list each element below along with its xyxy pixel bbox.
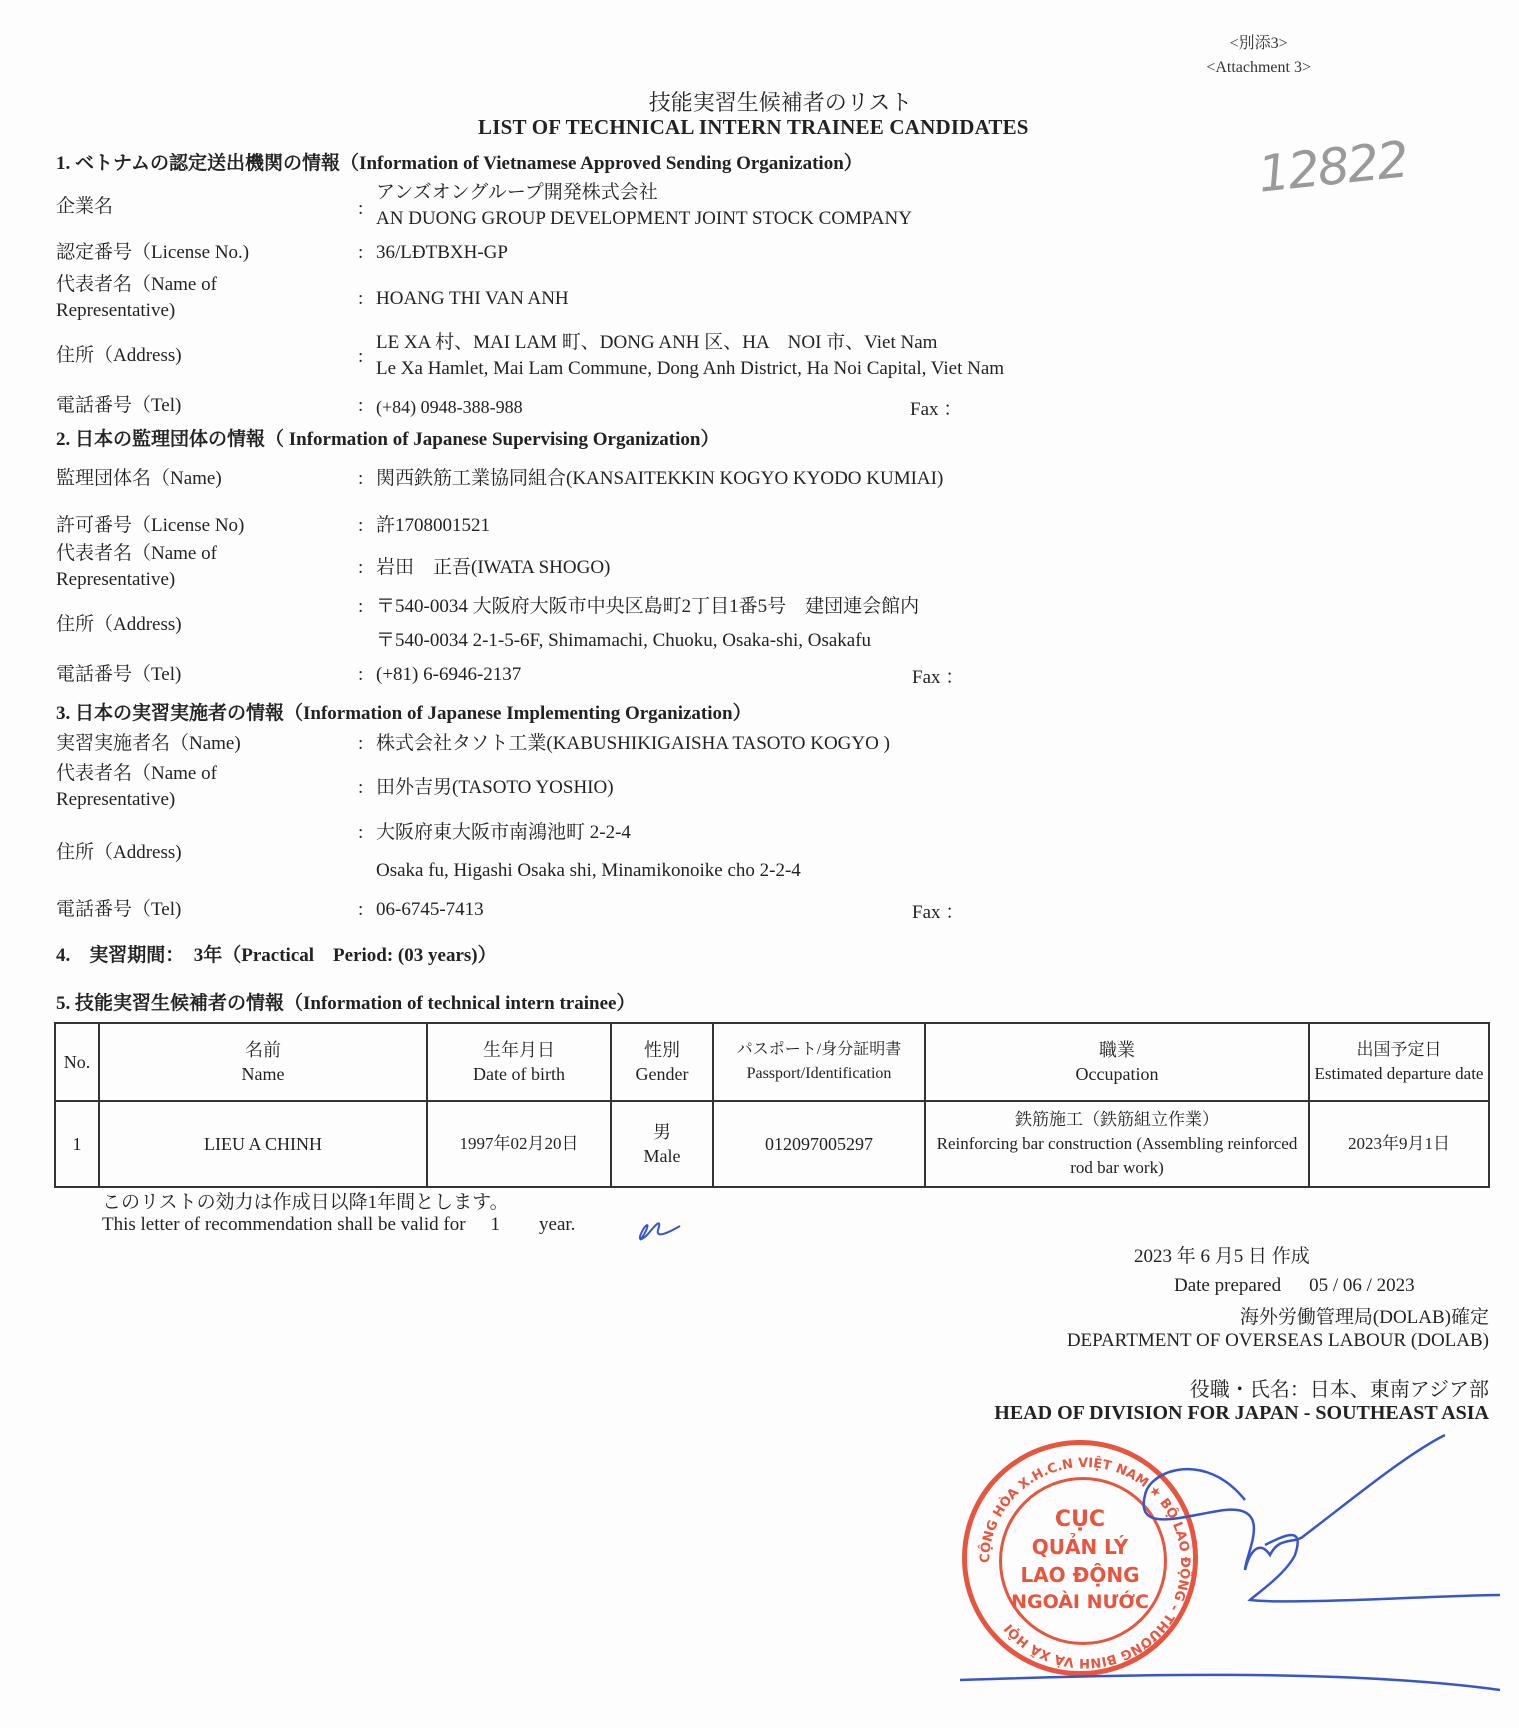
cell-departure: 2023年9月1日 <box>1309 1101 1489 1187</box>
date-prepared: Date prepared05 / 06 / 2023 <box>1174 1275 1415 1297</box>
colon: : <box>358 557 363 579</box>
s1-fax-label: Fax ： <box>910 394 962 421</box>
trainee-table: No. 名前Name 生年月日Date of birth 性別Gender パス… <box>54 1022 1490 1188</box>
s2-address-value: 〒540-0034 大阪府大阪市中央区島町2丁目1番5号 建団連会館内 〒540… <box>376 594 919 654</box>
s1-address-label: 住所（Address) <box>56 343 182 369</box>
colon: : <box>358 395 363 417</box>
s2-fax-label: Fax ： <box>912 662 964 689</box>
s2-rep-value: 岩田 正吾(IWATA SHOGO) <box>376 555 610 581</box>
s3-address-value: 大阪府東大阪市南鴻池町 2-2-4 Osaka fu, Higashi Osak… <box>376 820 801 884</box>
s2-rep-label: 代表者名（Name of Representative) <box>56 541 217 593</box>
s3-name-value: 株式会社タソト工業(KABUSHIKIGAISHA TASOTO KOGYO ) <box>376 731 890 757</box>
col-name: 名前Name <box>99 1023 427 1101</box>
date-prepared-jp: 2023 年 6 月5 日 作成 <box>1134 1241 1310 1268</box>
cell-occupation: 鉄筋施工（鉄筋組立作業）Reinforcing bar construction… <box>925 1101 1309 1187</box>
official-stamp: CỤC QUẢN LÝ LAO ĐỘNG NGOÀI NƯỚC CỘNG HÒA… <box>962 1440 1198 1676</box>
cell-passport: 012097005297 <box>713 1101 925 1187</box>
attachment-label-jp: <別添3> <box>1206 32 1311 56</box>
s1-tel-label: 電話番号（Tel) <box>56 393 181 419</box>
s3-rep-value: 田外吉男(TASOTO YOSHIO) <box>376 775 614 801</box>
s1-company-value: アンズオングループ開発株式会社 AN DUONG GROUP DEVELOPME… <box>376 180 912 232</box>
cell-no: 1 <box>55 1101 99 1187</box>
colon: : <box>358 515 363 537</box>
section2-heading: 2. 日本の監理団体の情報（ Information of Japanese S… <box>56 424 719 451</box>
col-occupation: 職業Occupation <box>925 1023 1309 1101</box>
colon: : <box>358 468 363 490</box>
colon: : <box>358 346 363 368</box>
section4-heading: 4. 実習期間： 3年（Practical Period: (03 years)… <box>56 940 497 967</box>
colon: : <box>358 198 363 220</box>
s1-address-value: LE XA 村、MAI LAM 町、DONG ANH 区、HA NOI 市、Vi… <box>376 330 1004 382</box>
s1-company-label: 企業名 <box>56 194 113 220</box>
s1-license-value: 36/LĐTBXH-GP <box>376 240 508 266</box>
section5-heading: 5. 技能実習生候補者の情報（Information of technical … <box>56 988 635 1015</box>
validity-note-jp: このリストの効力は作成日以降1年間とします。 <box>102 1187 509 1214</box>
section1-heading: 1. ベトナムの認定送出機関の情報（Information of Vietnam… <box>56 148 863 175</box>
col-no: No. <box>55 1023 99 1101</box>
colon: : <box>358 777 363 799</box>
stamp-outer-ring-text: CỘNG HÒA X.H.C.N VIỆT NAM ★ BỘ LAO ĐỘNG … <box>967 1445 1203 1681</box>
s1-license-label: 認定番号（License No.) <box>56 240 249 266</box>
validity-note-en: This letter of recommendation shall be v… <box>102 1214 575 1236</box>
s3-name-label: 実習実施者名（Name) <box>56 731 241 757</box>
department-en: DEPARTMENT OF OVERSEAS LABOUR (DOLAB) <box>1067 1330 1489 1352</box>
col-passport: パスポート/身分証明書Passport/Identification <box>713 1023 925 1101</box>
colon: : <box>358 899 363 921</box>
colon: : <box>358 733 363 755</box>
s3-rep-label: 代表者名（Name of Representative) <box>56 761 217 813</box>
table-header-row: No. 名前Name 生年月日Date of birth 性別Gender パス… <box>55 1023 1489 1101</box>
col-gender: 性別Gender <box>611 1023 713 1101</box>
signer-title-en: HEAD OF DIVISION FOR JAPAN - SOUTHEAST A… <box>994 1402 1489 1425</box>
colon: : <box>358 288 363 310</box>
colon: : <box>358 242 363 264</box>
s3-fax-label: Fax ： <box>912 897 964 924</box>
s2-address-label: 住所（Address) <box>56 612 182 638</box>
s1-tel-value: (+84) 0948-388-988 <box>376 394 523 420</box>
s2-tel-label: 電話番号（Tel) <box>56 662 181 688</box>
s2-license-value: 許1708001521 <box>376 513 490 539</box>
department-jp: 海外労働管理局(DOLAB)確定 <box>1240 1302 1489 1329</box>
cell-dob: 1997年02月20日 <box>427 1101 611 1187</box>
s2-license-label: 許可番号（License No) <box>56 513 244 539</box>
cell-name: LIEU A CHINH <box>99 1101 427 1187</box>
handwritten-number: 12822 <box>1255 130 1409 203</box>
s2-tel-value: (+81) 6-6946-2137 <box>376 662 521 688</box>
s3-address-label: 住所（Address) <box>56 840 182 866</box>
col-departure: 出国予定日Estimated departure date <box>1309 1023 1489 1101</box>
date-prepared-value: 05 / 06 / 2023 <box>1309 1275 1415 1296</box>
colon: : <box>358 596 363 618</box>
s3-tel-value: 06-6745-7413 <box>376 897 484 923</box>
s2-name-value: 関西鉄筋工業協同組合(KANSAITEKKIN KOGYO KYODO KUMI… <box>376 466 943 492</box>
attachment-label: <別添3> <Attachment 3> <box>1206 32 1311 80</box>
s1-rep-value: HOANG THI VAN ANH <box>376 286 569 312</box>
cell-gender: 男Male <box>611 1101 713 1187</box>
attachment-label-en: <Attachment 3> <box>1206 56 1311 80</box>
col-dob: 生年月日Date of birth <box>427 1023 611 1101</box>
signer-title-jp: 役職・氏名：日本、東南アジア部 <box>1190 1373 1489 1402</box>
colon: : <box>358 664 363 686</box>
colon: : <box>358 822 363 844</box>
section3-heading: 3. 日本の実習実施者の情報（Information of Japanese I… <box>56 698 752 725</box>
validity-years: 1 <box>470 1214 520 1236</box>
s1-rep-label: 代表者名（Name of Representative) <box>56 272 217 324</box>
svg-text:CỘNG HÒA X.H.C.N VIỆT NAM ★ BỘ: CỘNG HÒA X.H.C.N VIỆT NAM ★ BỘ LAO ĐỘNG … <box>977 1455 1193 1670</box>
document-title-jp: 技能実習生候補者のリスト <box>0 86 1519 117</box>
s2-name-label: 監理団体名（Name) <box>56 466 222 492</box>
document-title-en: LIST OF TECHNICAL INTERN TRAINEE CANDIDA… <box>478 115 1029 140</box>
table-row: 1 LIEU A CHINH 1997年02月20日 男Male 0120970… <box>55 1101 1489 1187</box>
s3-tel-label: 電話番号（Tel) <box>56 897 181 923</box>
